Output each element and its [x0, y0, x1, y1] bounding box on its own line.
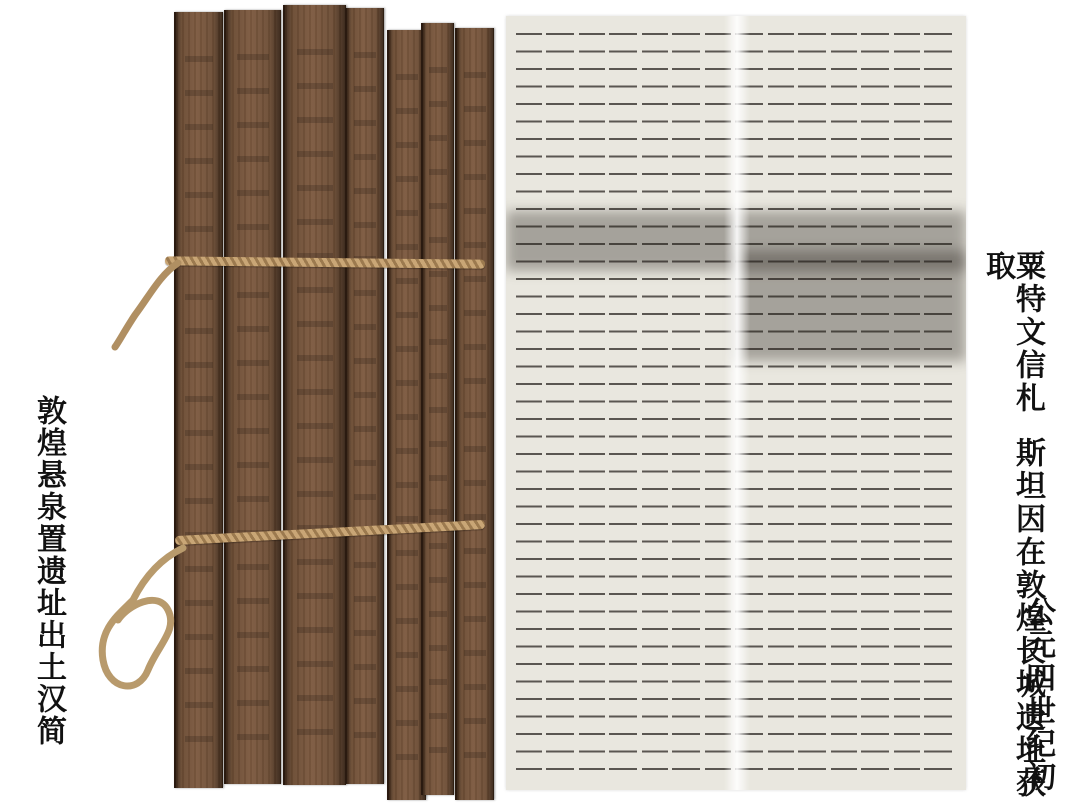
bamboo-slip: [421, 23, 454, 795]
stain: [736, 251, 966, 361]
fold-crease: [724, 16, 750, 790]
caption-title: 粟特文信札: [1010, 250, 1045, 415]
bamboo-slip: [283, 5, 346, 785]
bamboo-slip: [224, 10, 281, 784]
caption-date: 公元四世纪初: [1022, 596, 1052, 794]
sogdian-letter-image: [506, 16, 966, 790]
bamboo-slip: [345, 8, 384, 784]
bamboo-slip: [455, 28, 494, 800]
rope-tail-bottom-loop: [88, 540, 198, 705]
bamboo-slips-image: [0, 0, 500, 812]
rope-tail-top: [100, 255, 190, 355]
